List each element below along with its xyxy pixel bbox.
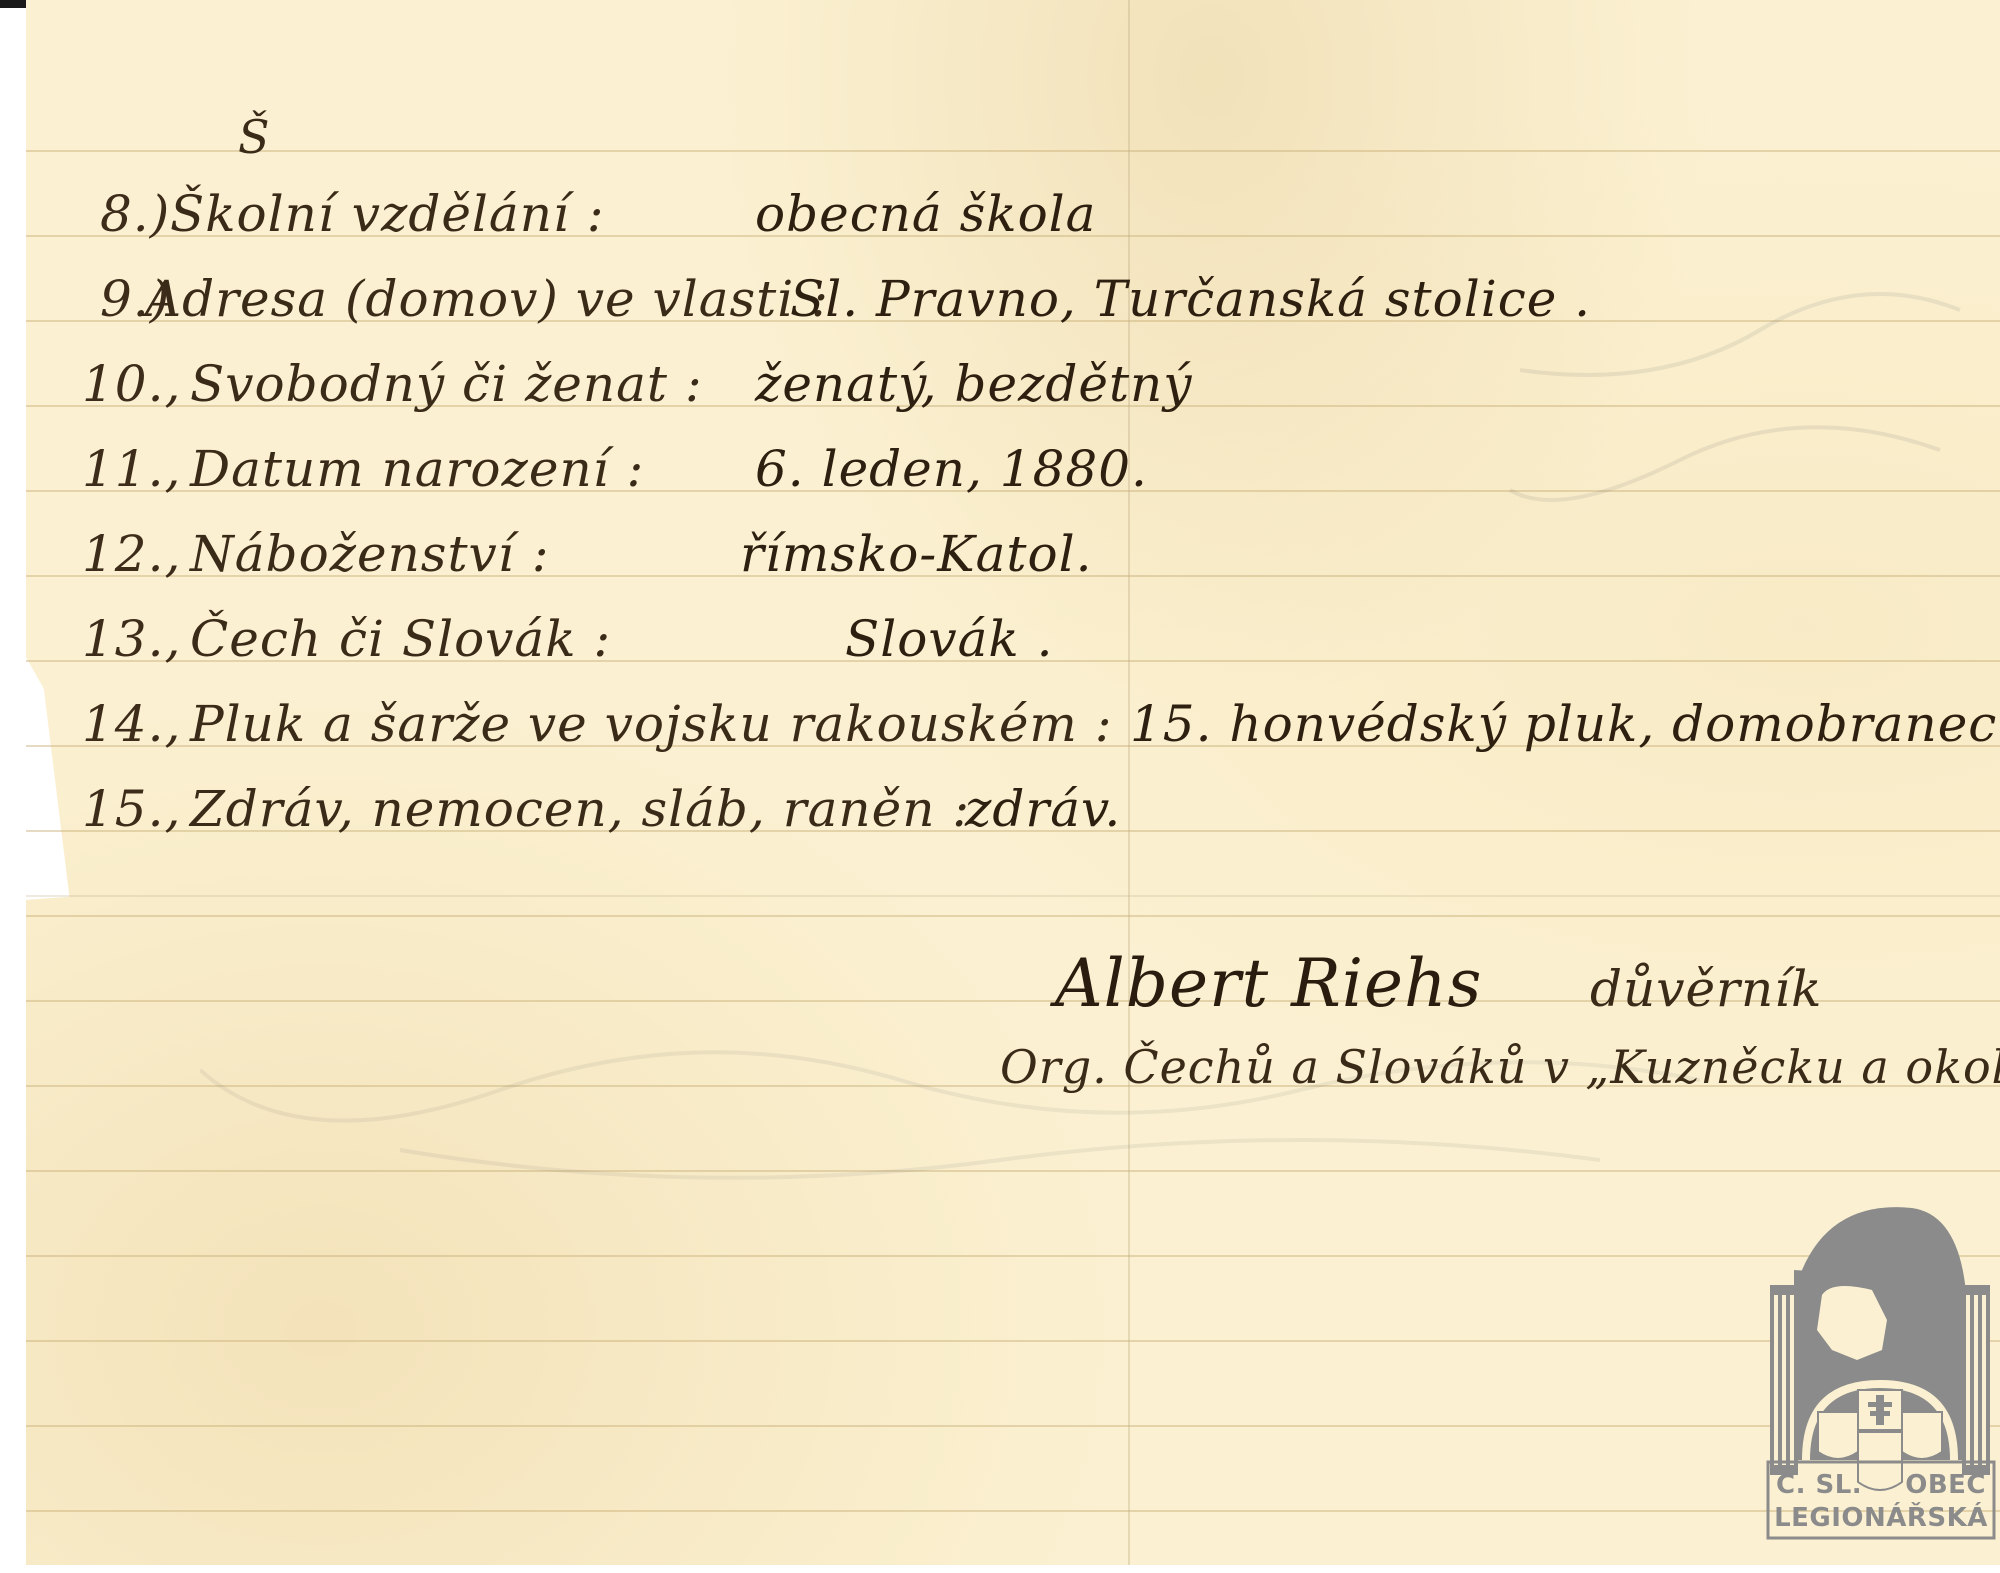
item-13-value: Slovák .	[845, 610, 1054, 668]
item-11-label: Datum narození :	[190, 440, 644, 498]
legion-logo: Č. SL. OBEC LEGIONÁŘSKÁ	[1762, 1200, 2000, 1540]
item-10-value: ženatý, bezdětný	[755, 355, 1193, 413]
item-13-number: 13.,	[82, 610, 181, 668]
ruled-line	[26, 1340, 2000, 1342]
item-13-label: Čech či Slovák :	[190, 610, 611, 668]
ruled-line	[26, 1510, 2000, 1512]
item-8-label: Školní vzdělání :	[170, 185, 605, 243]
item-14-label: Pluk a šarže ve vojsku rakouském :	[190, 695, 1113, 753]
item-12-value: římsko-Katol.	[740, 525, 1093, 583]
ruled-line	[26, 150, 2000, 152]
ruled-line	[26, 1255, 2000, 1257]
ruled-line	[26, 1170, 2000, 1172]
item-14-number: 14.,	[82, 695, 181, 753]
paper-fold-vertical	[1128, 0, 1130, 1565]
item-10-label: Svobodný či ženat :	[190, 355, 703, 413]
ruled-line	[26, 1425, 2000, 1427]
item-14-value: 15. honvédský pluk, domobranec.	[1130, 695, 2000, 753]
item-9-label: Adresa (domov) ve vlasti :	[145, 270, 829, 328]
ruled-line	[26, 915, 2000, 917]
item-8-number: 8.)	[100, 185, 170, 243]
item-15-value: zdráv.	[965, 780, 1121, 838]
item-11-number: 11.,	[82, 440, 181, 498]
scan-corner-shadow	[0, 0, 30, 8]
item-10-number: 10.,	[82, 355, 181, 413]
signature-name: Albert Riehs	[1055, 945, 1482, 1022]
item-8-value: obecná škola	[755, 185, 1096, 243]
item-9-value: Sl. Pravno, Turčanská stolice .	[790, 270, 1591, 328]
item-11-value: 6. leden, 1880.	[755, 440, 1148, 498]
signature-title: důvěrník	[1590, 960, 1822, 1018]
logo-text-legionarska: LEGIONÁŘSKÁ	[1762, 1503, 2000, 1533]
item-15-label: Zdráv, nemocen, sláb, raněn :	[190, 780, 970, 838]
item-15-number: 15.,	[82, 780, 181, 838]
signature-organization: Org. Čechů a Slováků v „Kuzněcku a okolí…	[1000, 1040, 2000, 1094]
item-12-label: Náboženství :	[190, 525, 550, 583]
item-12-number: 12.,	[82, 525, 181, 583]
caron-correction: Š	[238, 110, 271, 164]
paper-fold-horizontal	[26, 895, 2000, 897]
logo-text-obec: OBEC	[1905, 1470, 1986, 1500]
